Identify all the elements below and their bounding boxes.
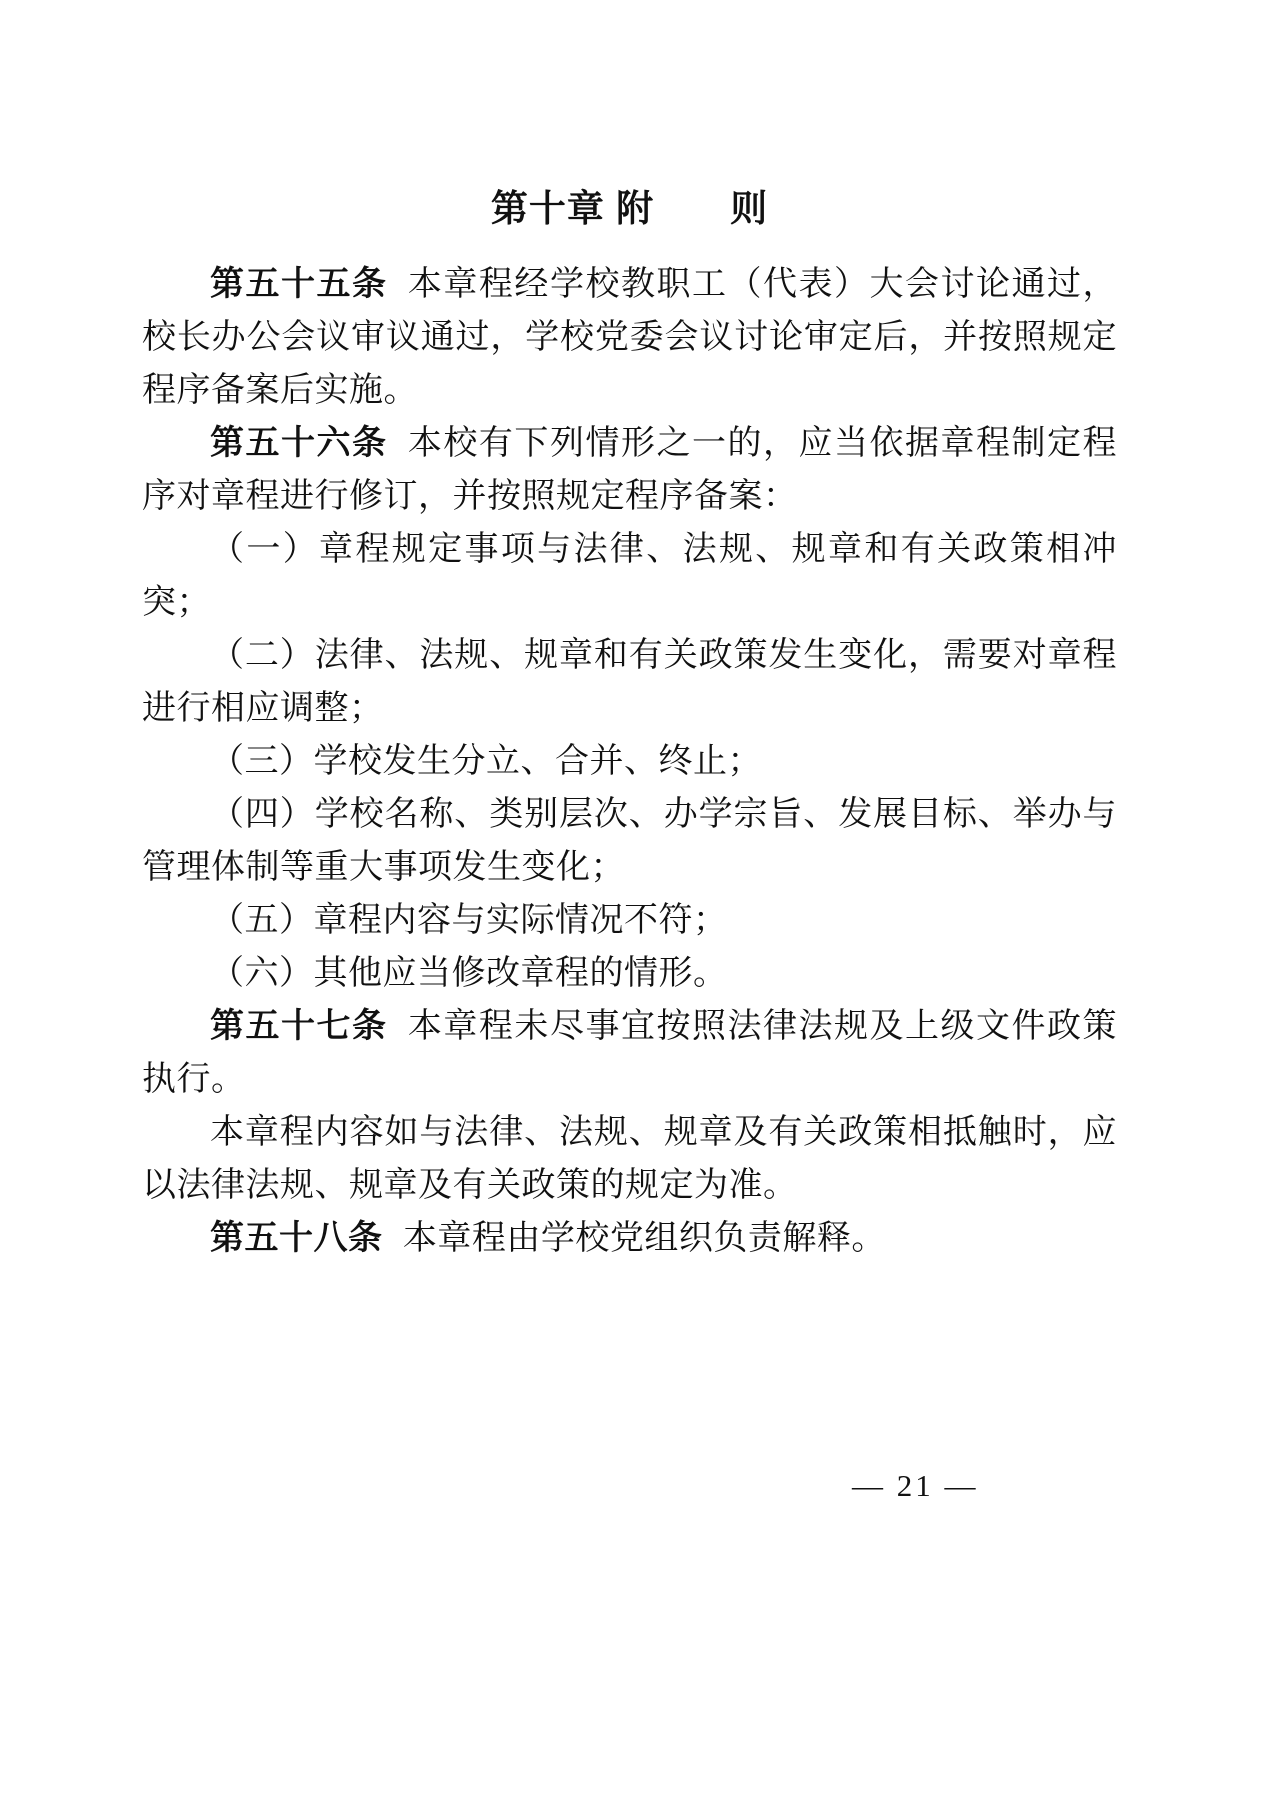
- body-paragraph: 本章程内容如与法律、法规、规章及有关政策相抵触时，应以法律法规、规章及有关政策的…: [142, 1106, 1117, 1212]
- article-text: 本章程内容如与法律、法规、规章及有关政策相抵触时，应以法律法规、规章及有关政策的…: [142, 1114, 1117, 1204]
- article-number-label: 第五十八条: [210, 1219, 383, 1257]
- list-item-6: （六）其他应当修改章程的情形。: [142, 947, 1117, 1000]
- list-item-1: （一）章程规定事项与法律、法规、规章和有关政策相冲突；: [142, 523, 1117, 629]
- list-item-4: （四）学校名称、类别层次、办学宗旨、发展目标、举办与管理体制等重大事项发生变化；: [142, 788, 1117, 894]
- article-text: 本章程由学校党组织负责解释。: [403, 1220, 886, 1257]
- article-text: （二）法律、法规、规章和有关政策发生变化，需要对章程进行相应调整；: [142, 637, 1117, 727]
- article-number-label: 第五十七条: [210, 1007, 388, 1045]
- list-item-2: （二）法律、法规、规章和有关政策发生变化，需要对章程进行相应调整；: [142, 629, 1117, 735]
- article-paragraph-55: 第五十五条本章程经学校教职工（代表）大会讨论通过，校长办公会议审议通过，学校党委…: [142, 258, 1117, 417]
- article-number-label: 第五十六条: [210, 424, 388, 462]
- article-paragraph-56: 第五十六条本校有下列情形之一的，应当依据章程制定程序对章程进行修订，并按照规定程…: [142, 417, 1117, 523]
- article-text: （三）学校发生分立、合并、终止；: [210, 743, 762, 780]
- list-item-3: （三）学校发生分立、合并、终止；: [142, 735, 1117, 788]
- page-number: — 21 —: [852, 1468, 979, 1504]
- article-text: （五）章程内容与实际情况不符；: [210, 902, 728, 939]
- article-text: （六）其他应当修改章程的情形。: [210, 955, 728, 992]
- list-item-5: （五）章程内容与实际情况不符；: [142, 894, 1117, 947]
- article-paragraph-58: 第五十八条本章程由学校党组织负责解释。: [142, 1212, 1117, 1265]
- article-text: （一）章程规定事项与法律、法规、规章和有关政策相冲突；: [142, 531, 1117, 621]
- article-text: （四）学校名称、类别层次、办学宗旨、发展目标、举办与管理体制等重大事项发生变化；: [142, 796, 1117, 886]
- document-content: 第十章 附 则 第五十五条本章程经学校教职工（代表）大会讨论通过，校长办公会议审…: [142, 186, 1117, 1265]
- article-paragraph-57: 第五十七条本章程未尽事宜按照法律法规及上级文件政策执行。: [142, 1000, 1117, 1106]
- article-number-label: 第五十五条: [210, 265, 388, 303]
- document-page: 第十章 附 则 第五十五条本章程经学校教职工（代表）大会讨论通过，校长办公会议审…: [0, 0, 1269, 1794]
- chapter-title: 第十章 附 则: [142, 186, 1117, 232]
